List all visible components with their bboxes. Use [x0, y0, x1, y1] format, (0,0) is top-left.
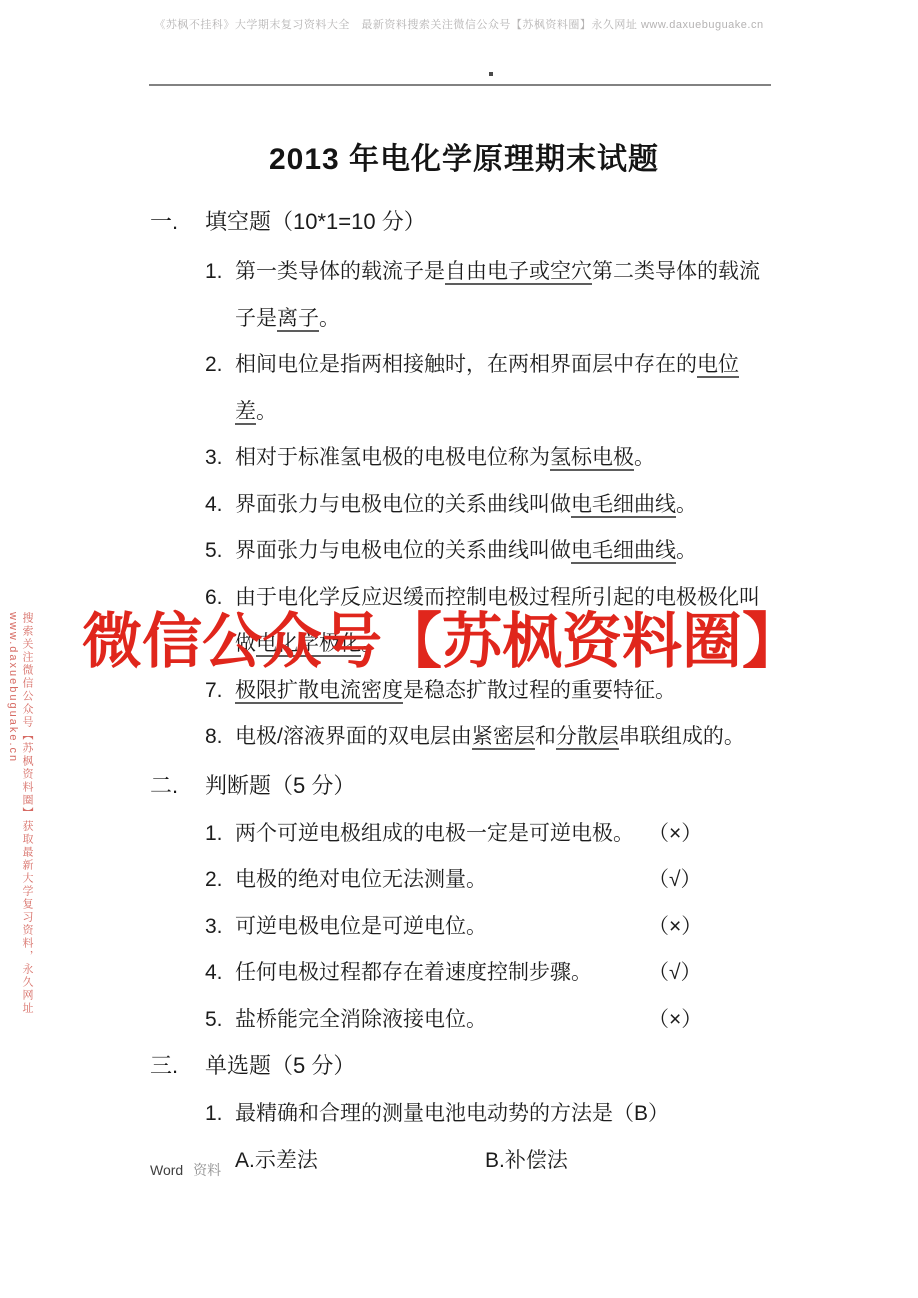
item-number: 5. [205, 997, 235, 1044]
judge-items: 1. 两个可逆电极组成的电极一定是可逆电极。 （×） 2. 电极的绝对电位无法测… [150, 811, 778, 1044]
footer-word: Word [150, 1162, 183, 1178]
item-number: 1. [205, 1091, 235, 1138]
statement: 盐桥能完全消除液接电位。 [235, 1008, 487, 1031]
item-text: 可逆电极电位是可逆电位。 （×） [235, 904, 775, 951]
section-title: 填空题（10*1=10 分） [205, 205, 426, 239]
choice-items: 1. 最精确和合理的测量电池电动势的方法是（B） A.示差法 B.补偿法 [150, 1091, 778, 1184]
item-number: 2. [205, 857, 235, 904]
item-text: 两个可逆电极组成的电极一定是可逆电极。 （×） [235, 811, 775, 858]
item-number: 1. [205, 811, 235, 858]
footer-label: 资料 [193, 1162, 221, 1178]
item-number: 3. [205, 435, 235, 482]
section-heading-choice: 三. 单选题（5 分） [150, 1049, 778, 1083]
item-number: 5. [205, 528, 235, 575]
answer-mark: （×） [648, 904, 702, 951]
item-text: 相间电位是指两相接触时，在两相界面层中存在的电位差。 [235, 342, 775, 435]
item-text: 界面张力与电极电位的关系曲线叫做电毛细曲线。 [235, 482, 775, 529]
fill-item-4: 4. 界面张力与电极电位的关系曲线叫做电毛细曲线。 [205, 482, 778, 529]
fill-item-6: 6. 由于电化学反应迟缓而控制电极过程所引起的电极极化叫做电化学极化。 [205, 575, 778, 668]
item-number: 8. [205, 714, 235, 761]
item-text: 极限扩散电流密度是稳态扩散过程的重要特征。 [235, 668, 775, 715]
item-number: 7. [205, 668, 235, 715]
answer-mark: （√） [648, 950, 702, 997]
judge-item-1: 1. 两个可逆电极组成的电极一定是可逆电极。 （×） [205, 811, 778, 858]
fill-item-1: 1. 第一类导体的载流子是自由电子或空穴第二类导体的载流子是离子。 [205, 249, 778, 342]
section-number: 二. [150, 769, 205, 803]
fill-items: 1. 第一类导体的载流子是自由电子或空穴第二类导体的载流子是离子。 2. 相间电… [150, 249, 778, 761]
answer-mark: （×） [648, 811, 702, 858]
judge-item-3: 3. 可逆电极电位是可逆电位。 （×） [205, 904, 778, 951]
section-heading-fill: 一. 填空题（10*1=10 分） [150, 205, 778, 239]
item-text: 相对于标准氢电极的电极电位称为氢标电极。 [235, 435, 775, 482]
fill-item-5: 5. 界面张力与电极电位的关系曲线叫做电毛细曲线。 [205, 528, 778, 575]
choice-item-1: 1. 最精确和合理的测量电池电动势的方法是（B） [205, 1091, 778, 1138]
red-watermark-side-vertical: 搜索关注微信公众号【苏枫资料圈】获取最新大学复习资料，永久网址www.daxue… [7, 612, 35, 1072]
section-number: 一. [150, 205, 205, 239]
statement: 两个可逆电极组成的电极一定是可逆电极。 [235, 822, 634, 845]
fill-item-3: 3. 相对于标准氢电极的电极电位称为氢标电极。 [205, 435, 778, 482]
statement: 可逆电极电位是可逆电位。 [235, 915, 487, 938]
section-heading-judge: 二. 判断题（5 分） [150, 769, 778, 803]
option-a: A.示差法 [235, 1149, 318, 1172]
item-text: 盐桥能完全消除液接电位。 （×） [235, 997, 775, 1044]
item-text: 由于电化学反应迟缓而控制电极过程所引起的电极极化叫做电化学极化。 [235, 575, 775, 668]
answer-mark: （×） [648, 997, 702, 1044]
item-number: 1. [205, 249, 235, 342]
document-content: 2013 年电化学原理期末试题 一. 填空题（10*1=10 分） 1. 第一类… [150, 0, 778, 1184]
item-text: 最精确和合理的测量电池电动势的方法是（B） [235, 1091, 775, 1138]
item-number: 4. [205, 950, 235, 997]
fill-item-8: 8. 电极/溶液界面的双电层由紧密层和分散层串联组成的。 [205, 714, 778, 761]
statement: 任何电极过程都存在着速度控制步骤。 [235, 961, 592, 984]
document-page: { "header": { "note": "《苏枫不挂科》大学期末复习资料大全… [0, 0, 918, 1298]
section-title: 单选题（5 分） [205, 1049, 355, 1083]
item-text: 任何电极过程都存在着速度控制步骤。 （√） [235, 950, 775, 997]
item-number: 6. [205, 575, 235, 668]
judge-item-5: 5. 盐桥能完全消除液接电位。 （×） [205, 997, 778, 1044]
statement: 电极的绝对电位无法测量。 [235, 868, 487, 891]
judge-item-4: 4. 任何电极过程都存在着速度控制步骤。 （√） [205, 950, 778, 997]
item-text: 电极/溶液界面的双电层由紧密层和分散层串联组成的。 [235, 714, 775, 761]
item-number: 2. [205, 342, 235, 435]
section-number: 三. [150, 1049, 205, 1083]
page-footer: Word 资料 [150, 1160, 221, 1180]
fill-item-7: 7. 极限扩散电流密度是稳态扩散过程的重要特征。 [205, 668, 778, 715]
choice-options-row: A.示差法 B.补偿法 [205, 1138, 778, 1185]
options: A.示差法 B.补偿法 [235, 1138, 775, 1185]
item-text: 界面张力与电极电位的关系曲线叫做电毛细曲线。 [235, 528, 775, 575]
item-number: 3. [205, 904, 235, 951]
answer-mark: （√） [648, 857, 702, 904]
fill-item-2: 2. 相间电位是指两相接触时，在两相界面层中存在的电位差。 [205, 342, 778, 435]
item-text: 第一类导体的载流子是自由电子或空穴第二类导体的载流子是离子。 [235, 249, 775, 342]
judge-item-2: 2. 电极的绝对电位无法测量。 （√） [205, 857, 778, 904]
option-b: B.补偿法 [485, 1138, 568, 1185]
section-title: 判断题（5 分） [205, 769, 355, 803]
item-text: 电极的绝对电位无法测量。 （√） [235, 857, 775, 904]
item-number: 4. [205, 482, 235, 529]
page-title: 2013 年电化学原理期末试题 [150, 139, 778, 181]
